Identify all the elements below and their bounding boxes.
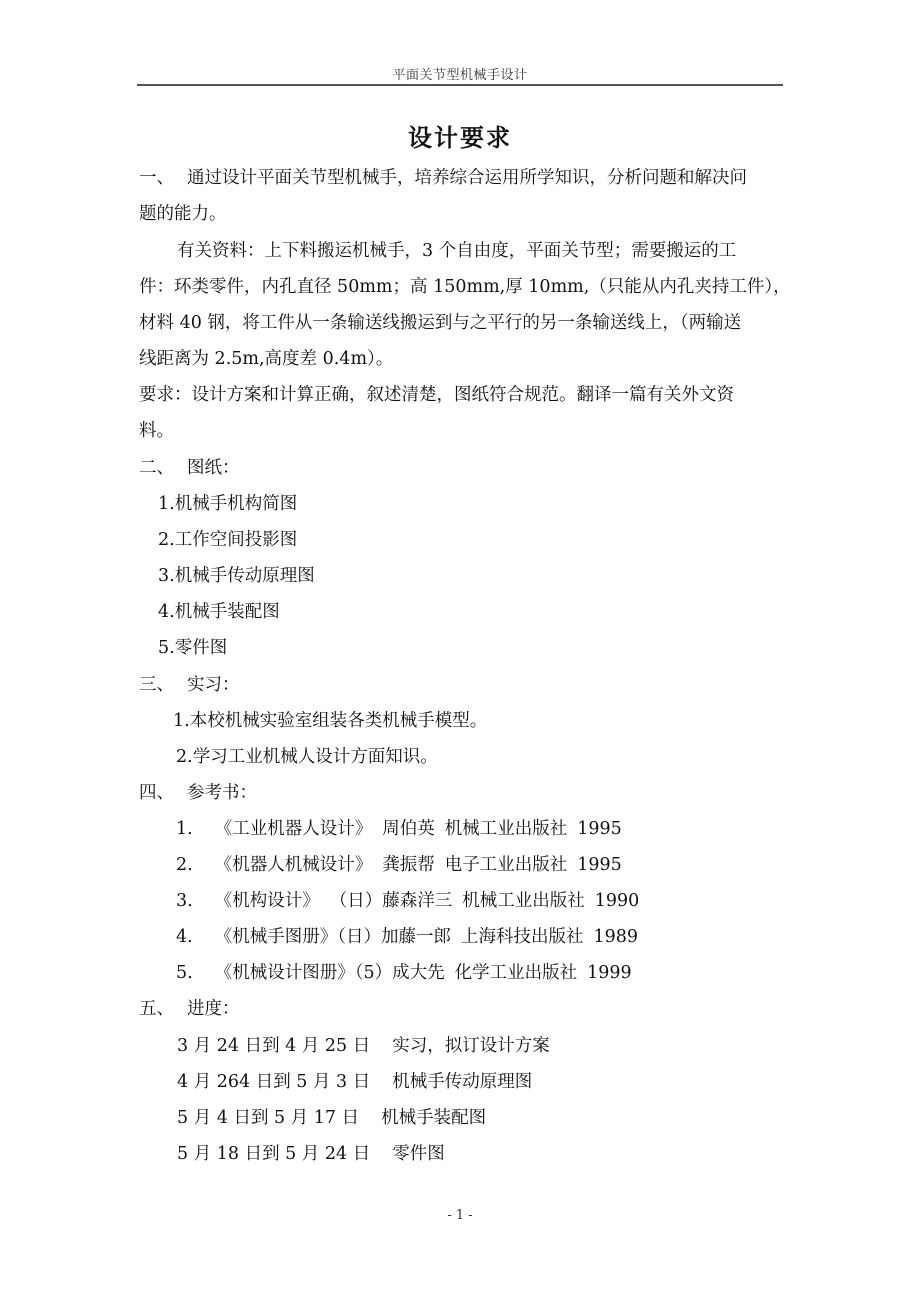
page-number: - 1 - bbox=[0, 1208, 920, 1223]
reference-number: 3. bbox=[176, 891, 193, 911]
schedule-item: 4 月 264 日到 5 月 3 日机械手传动原理图 bbox=[177, 1070, 532, 1094]
reference-author: 龚振帮 bbox=[382, 855, 435, 875]
section-1-text-1: 通过设计平面关节型机械手，培养综合运用所学知识，分析问题和解决问 bbox=[187, 168, 747, 188]
reference-author: （日）藤森洋三 bbox=[330, 891, 453, 911]
section-2-number: 二、 bbox=[139, 456, 187, 480]
section-3-heading-line: 三、实习： bbox=[139, 673, 240, 697]
schedule-period: 4 月 264 日到 5 月 3 日 bbox=[177, 1072, 370, 1092]
schedule-period: 5 月 18 日到 5 月 24 日 bbox=[177, 1144, 370, 1164]
section-1-info-line-1: 有关资料：上下料搬运机械手，3 个自由度，平面关节型；需要搬运的工 bbox=[177, 239, 736, 263]
reference-publisher: 上海科技出版社 bbox=[461, 927, 584, 947]
drawing-item: 1.机械手机构简图 bbox=[158, 492, 297, 516]
section-1-requirement-line-1: 要求：设计方案和计算正确，叙述清楚，图纸符合规范。翻译一篇有关外文资 bbox=[139, 383, 734, 407]
section-5-heading: 进度： bbox=[187, 999, 240, 1019]
schedule-period: 3 月 24 日到 4 月 25 日 bbox=[177, 1036, 370, 1056]
reference-item: 1.《工业机器人设计》周伯英机械工业出版社1995 bbox=[176, 817, 622, 841]
drawing-item: 4.机械手装配图 bbox=[158, 600, 280, 624]
document-title: 设计要求 bbox=[0, 118, 920, 153]
internship-item: 2.学习工业机械人设计方面知识。 bbox=[176, 745, 438, 769]
reference-year: 1990 bbox=[595, 891, 640, 911]
section-1-info-line-4: 线距离为 2.5m,高度差 0.4m）。 bbox=[139, 347, 393, 371]
schedule-task: 零件图 bbox=[392, 1144, 445, 1164]
schedule-task: 实习，拟订设计方案 bbox=[392, 1036, 550, 1056]
section-5-heading-line: 五、进度： bbox=[139, 997, 240, 1021]
section-3-number: 三、 bbox=[139, 673, 187, 697]
section-1-line-1: 一、通过设计平面关节型机械手，培养综合运用所学知识，分析问题和解决问 bbox=[139, 166, 747, 190]
reference-item: 4.《机械手图册》（日）加藤一郎上海科技出版社1989 bbox=[176, 925, 638, 949]
section-1-line-2: 题的能力。 bbox=[139, 202, 227, 226]
reference-item: 2.《机器人机械设计》龚振帮电子工业出版社1995 bbox=[176, 853, 622, 877]
reference-publisher: 机械工业出版社 bbox=[445, 819, 568, 839]
schedule-item: 5 月 4 日到 5 月 17 日机械手装配图 bbox=[177, 1106, 486, 1130]
reference-author: （5）成大先 bbox=[355, 963, 445, 983]
reference-year: 1995 bbox=[577, 819, 622, 839]
reference-title: 《工业机器人设计》 bbox=[215, 819, 373, 839]
reference-year: 1989 bbox=[593, 927, 638, 947]
section-5-number: 五、 bbox=[139, 997, 187, 1021]
section-2-heading-line: 二、图纸： bbox=[139, 456, 240, 480]
reference-title: 《机械手图册》 bbox=[215, 927, 338, 947]
reference-publisher: 电子工业出版社 bbox=[445, 855, 568, 875]
reference-number: 2. bbox=[176, 855, 193, 875]
reference-item: 3.《机构设计》（日）藤森洋三机械工业出版社1990 bbox=[176, 889, 639, 913]
section-1-number: 一、 bbox=[139, 166, 187, 190]
drawing-item: 2.工作空间投影图 bbox=[158, 528, 297, 552]
reference-item: 5.《机械设计图册》（5）成大先化学工业出版社1999 bbox=[176, 961, 632, 985]
reference-publisher: 机械工业出版社 bbox=[462, 891, 585, 911]
page-header-title: 平面关节型机械手设计 bbox=[0, 64, 920, 83]
reference-author: （日）加藤一郎 bbox=[337, 927, 451, 947]
reference-author: 周伯英 bbox=[382, 819, 435, 839]
schedule-task: 机械手装配图 bbox=[381, 1108, 486, 1128]
section-3-heading: 实习： bbox=[187, 675, 240, 695]
reference-number: 5. bbox=[176, 963, 193, 983]
page-header-rule bbox=[137, 84, 783, 86]
schedule-period: 5 月 4 日到 5 月 17 日 bbox=[177, 1108, 359, 1128]
reference-title: 《机构设计》 bbox=[215, 891, 320, 911]
schedule-item: 5 月 18 日到 5 月 24 日零件图 bbox=[177, 1142, 445, 1166]
reference-title: 《机器人机械设计》 bbox=[215, 855, 373, 875]
section-1-info-line-3: 材料 40 钢，将工件从一条输送线搬运到与之平行的另一条输送线上，（两输送 bbox=[139, 311, 741, 335]
internship-item: 1.本校机械实验室组装各类机械手模型。 bbox=[173, 709, 487, 733]
section-4-number: 四、 bbox=[139, 781, 187, 805]
section-1-requirement-line-2: 料。 bbox=[139, 419, 174, 443]
reference-year: 1999 bbox=[587, 963, 632, 983]
section-4-heading: 参考书： bbox=[187, 783, 257, 803]
section-1-info-line-2: 件：环类零件，内孔直径 50mm；高 150mm,厚 10mm,（只能从内孔夹持… bbox=[139, 275, 791, 299]
reference-number: 4. bbox=[176, 927, 193, 947]
schedule-task: 机械手传动原理图 bbox=[392, 1072, 532, 1092]
reference-title: 《机械设计图册》 bbox=[215, 963, 355, 983]
section-2-heading: 图纸： bbox=[187, 458, 240, 478]
reference-publisher: 化学工业出版社 bbox=[455, 963, 578, 983]
reference-number: 1. bbox=[176, 819, 193, 839]
drawing-item: 5.零件图 bbox=[158, 636, 227, 660]
reference-year: 1995 bbox=[577, 855, 622, 875]
section-4-heading-line: 四、参考书： bbox=[139, 781, 257, 805]
drawing-item: 3.机械手传动原理图 bbox=[158, 564, 315, 588]
schedule-item: 3 月 24 日到 4 月 25 日实习，拟订设计方案 bbox=[177, 1034, 550, 1058]
